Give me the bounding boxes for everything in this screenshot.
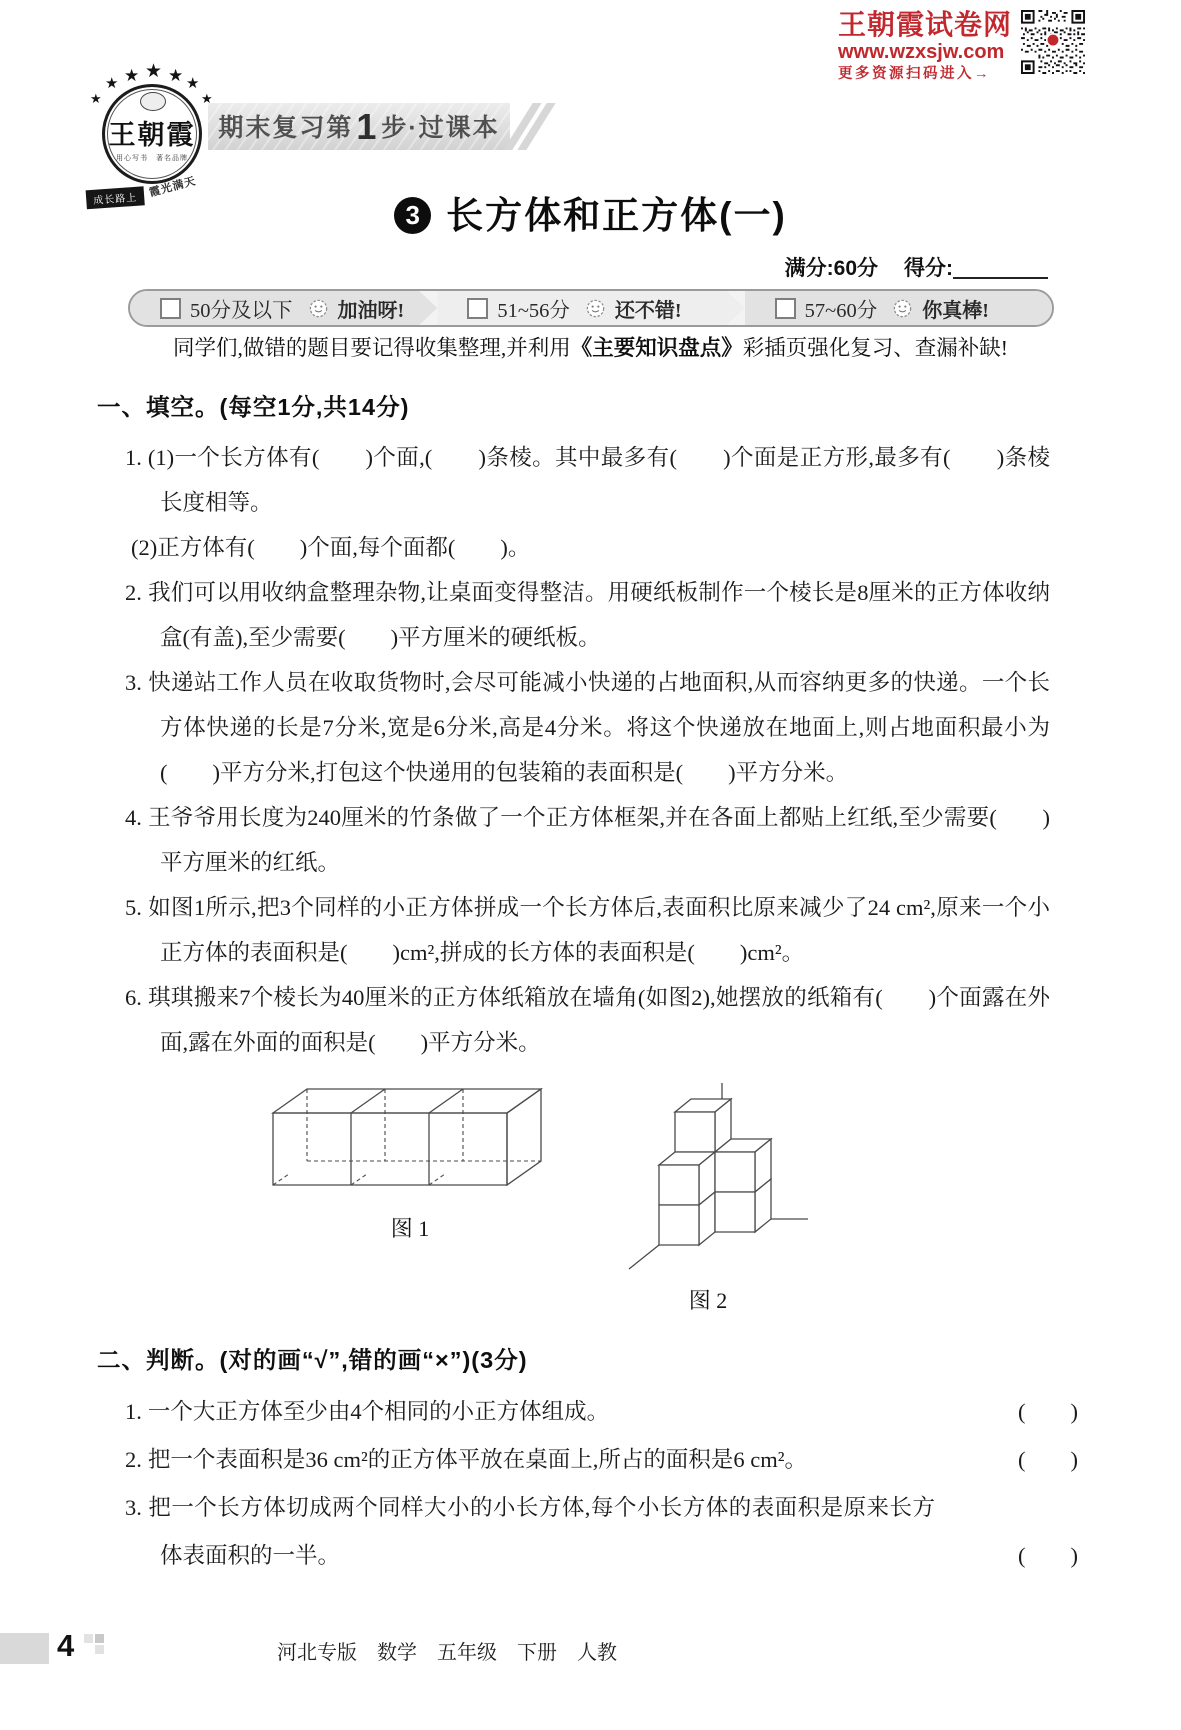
fill-question: 3.快递站工作人员在收取货物时,会尽可能减小快递的占地面积,从而容纳更多的快递。…: [160, 660, 1050, 795]
question-number: 2.: [125, 1447, 148, 1472]
question-number: 4.: [125, 805, 148, 830]
footer-bar: [0, 1633, 49, 1664]
score-range-checkbox[interactable]: [467, 298, 488, 319]
question-text: 琪琪搬来7个棱长为40厘米的正方体纸箱放在墙角(如图2),她摆放的纸箱有( )个…: [148, 985, 1050, 1055]
star-icon: ★: [145, 62, 162, 81]
question-number: 6.: [125, 985, 148, 1010]
site-text-block: 王朝霞试卷网 www.wzxsjw.com 更多资源扫码进入→: [838, 10, 1012, 84]
question-number: 5.: [125, 895, 148, 920]
question-text: (1)一个长方体有( )个面,( )条棱。其中最多有( )个面是正方形,最多有(…: [148, 445, 1050, 515]
question-text: 王爷爷用长度为240厘米的竹条做了一个正方体框架,并在各面上都贴上红纸,至少需要…: [148, 805, 1050, 875]
book-reference: 《主要知识盘点》: [571, 336, 743, 360]
star-icon: ★: [124, 67, 139, 84]
figure-2-label: 图 2: [603, 1284, 813, 1315]
edition-info: 河北专版 数学 五年级 下册 人教: [277, 1636, 617, 1665]
qr-code-icon: [1021, 10, 1085, 74]
score-range-label: 50分及以下: [190, 293, 293, 323]
figure-1-label: 图 1: [265, 1212, 555, 1243]
logo-circle: 王朝霞 用心写书 著名品牌: [102, 84, 202, 184]
notice-line: 同学们,做错的题目要记得收集整理,并利用《主要知识盘点》彩插页强化复习、查漏补缺…: [0, 331, 1181, 362]
lesson-number-badge: 3: [394, 197, 431, 234]
page-number: 4: [57, 1628, 74, 1664]
question-text: 把一个长方体切成两个同样大小的小长方体,每个小长方体的表面积是原来长方体表面积的…: [148, 1495, 935, 1568]
answer-blank[interactable]: ( ): [1018, 1532, 1078, 1580]
site-banner: 王朝霞试卷网 www.wzxsjw.com 更多资源扫码进入→: [838, 10, 1085, 84]
score-range-label: 51~56分: [497, 293, 570, 323]
fill-question: (2)正方体有( )个面,每个面都( )。: [160, 525, 1050, 570]
figure1-diagram: [265, 1081, 555, 1193]
portrait-icon: [140, 92, 166, 111]
logo-small-text: 用心写书 著名品牌: [105, 153, 199, 163]
question-text: 一个大正方体至少由4个相同的小正方体组成。: [148, 1399, 609, 1424]
site-url: www.wzxsjw.com: [838, 40, 1012, 64]
question-number: 3.: [125, 670, 148, 695]
section-judge-heading: 二、判断。(对的画“√”,错的画“×”)(3分): [97, 1341, 1050, 1375]
answer-blank[interactable]: ( ): [1018, 1436, 1078, 1484]
qr-caption: 更多资源扫码进入→: [838, 64, 1012, 84]
judge-question: 3.把一个长方体切成两个同样大小的小长方体,每个小长方体的表面积是原来长方体表面…: [160, 1484, 1050, 1580]
site-name: 王朝霞试卷网: [838, 10, 1012, 40]
answer-blank[interactable]: ( ): [1018, 1388, 1078, 1436]
judge-question: 1.一个大正方体至少由4个相同的小正方体组成。( ): [160, 1388, 1050, 1436]
star-icon: ★: [90, 92, 102, 105]
score-range-bar: 50分及以下 加油呀! 51~56分 还不错! 57~60分 你真棒!: [128, 289, 1054, 327]
score-range-checkbox[interactable]: [160, 298, 181, 319]
figures-row: 图 1: [97, 1081, 1050, 1315]
question-text: 把一个表面积是36 cm²的正方体平放在桌面上,所占的面积是6 cm²。: [148, 1447, 807, 1472]
header-banner-text: 期末复习第1步·过课本: [218, 106, 499, 148]
question-text: 我们可以用收纳盒整理杂物,让桌面变得整洁。用硬纸板制作一个棱长是8厘米的正方体收…: [148, 580, 1050, 650]
question-text: 快递站工作人员在收取货物时,会尽可能减小快递的占地面积,从而容纳更多的快递。一个…: [148, 670, 1050, 785]
question-number: 2.: [125, 580, 148, 605]
figure-1: 图 1: [265, 1081, 555, 1315]
smiley-face-icon: [585, 298, 606, 319]
question-text: (2)正方体有( )个面,每个面都( )。: [131, 535, 530, 560]
fill-question: 1.(1)一个长方体有( )个面,( )条棱。其中最多有( )个面是正方形,最多…: [160, 435, 1050, 525]
score-range-segment: 57~60分 你真棒!: [745, 291, 1052, 325]
main-content: 一、填空。(每空1分,共14分) 1.(1)一个长方体有( )个面,( )条棱。…: [97, 388, 1050, 1580]
score-range-segment: 51~56分 还不错!: [437, 291, 744, 325]
star-icon: ★: [168, 67, 183, 84]
section-fill-heading: 一、填空。(每空1分,共14分): [97, 388, 1050, 422]
lesson-title: 长方体和正方体(一): [446, 195, 787, 236]
score-range-checkbox[interactable]: [775, 298, 796, 319]
star-icon: ★: [186, 77, 199, 92]
fill-question: 6.琪琪搬来7个棱长为40厘米的正方体纸箱放在墙角(如图2),她摆放的纸箱有( …: [160, 975, 1050, 1065]
fill-question: 4.王爷爷用长度为240厘米的竹条做了一个正方体框架,并在各面上都贴上红纸,至少…: [160, 795, 1050, 885]
fill-question: 2.我们可以用收纳盒整理杂物,让桌面变得整洁。用硬纸板制作一个棱长是8厘米的正方…: [160, 570, 1050, 660]
smiley-face-icon: [892, 298, 913, 319]
page-title: 3长方体和正方体(一): [0, 185, 1181, 239]
question-number: 1.: [125, 445, 148, 470]
score-remark: 你真棒!: [922, 294, 989, 323]
step-number: 1: [353, 106, 381, 147]
worksheet-page: 王朝霞试卷网 www.wzxsjw.com 更多资源扫码进入→ ★ ★ ★ ★ …: [0, 0, 1181, 1730]
question-number: 3.: [125, 1495, 148, 1520]
star-icon: ★: [105, 77, 118, 92]
score-range-segment: 50分及以下 加油呀!: [130, 291, 437, 325]
question-number: 1.: [125, 1399, 148, 1424]
score-blank-field[interactable]: [953, 257, 1048, 279]
score-line: 满分:60分得分:: [785, 252, 1048, 282]
decoration-squares-icon: [84, 1634, 106, 1656]
full-score-label: 满分:60分: [785, 257, 878, 280]
score-range-label: 57~60分: [805, 293, 878, 323]
smiley-face-icon: [308, 298, 329, 319]
fill-question: 5.如图1所示,把3个同样的小正方体拼成一个长方体后,表面积比原来减少了24 c…: [160, 885, 1050, 975]
score-remark: 还不错!: [615, 294, 682, 323]
judge-question: 2.把一个表面积是36 cm²的正方体平放在桌面上,所占的面积是6 cm²。( …: [160, 1436, 1050, 1484]
score-label: 得分:: [904, 257, 953, 280]
logo-name: 王朝霞: [105, 113, 199, 152]
brand-logo: ★ ★ ★ ★ ★ ★ ★ 王朝霞 用心写书 著名品牌 成长路上 霞光满天: [92, 64, 214, 196]
figure2-diagram: [603, 1081, 813, 1277]
question-text: 如图1所示,把3个同样的小正方体拼成一个长方体后,表面积比原来减少了24 cm²…: [148, 895, 1050, 965]
score-remark: 加油呀!: [338, 294, 405, 323]
header-banner: 期末复习第1步·过课本: [208, 103, 510, 150]
figure-2: 图 2: [603, 1081, 813, 1315]
